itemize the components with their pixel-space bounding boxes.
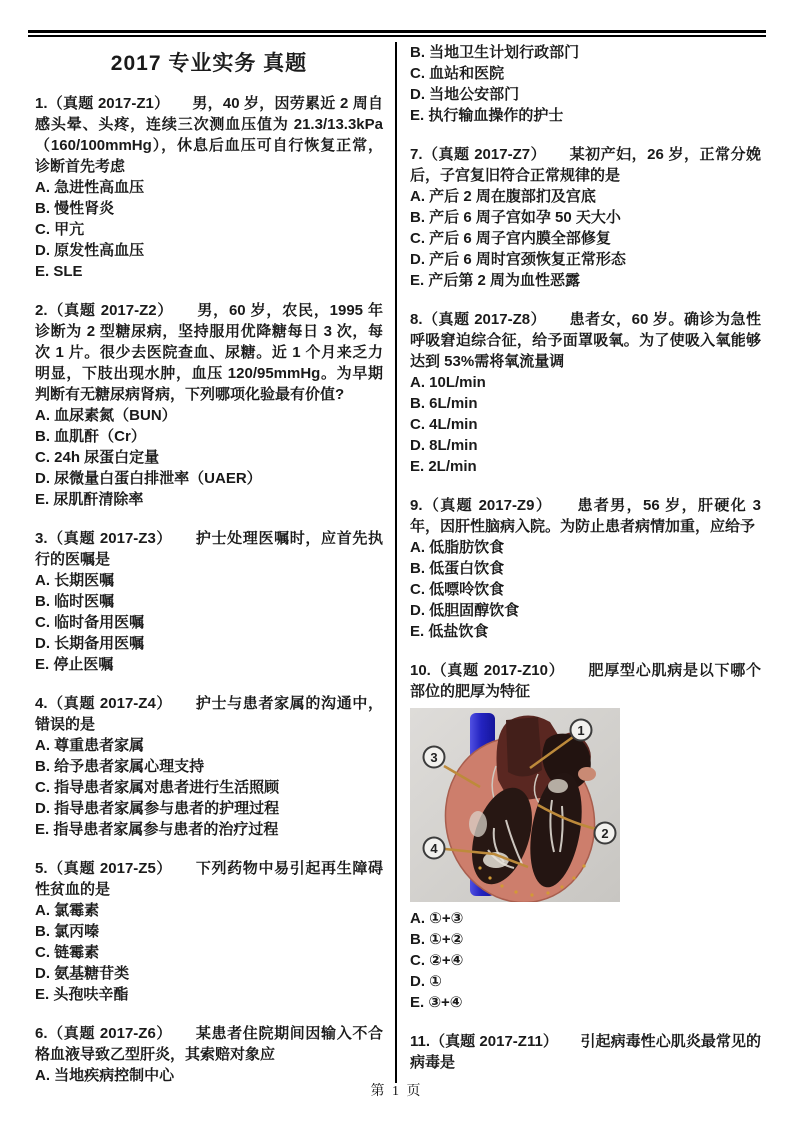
question-stem: 5.（真题 2017-Z5） 下列药物中易引起再生障碍性贫血的是 — [35, 858, 383, 900]
heart-figure: 1 2 3 4 — [410, 708, 620, 902]
question-6: 6.（真题 2017-Z6） 某患者住院期间因输入不合格血液导致乙型肝炎，其索赔… — [35, 1023, 383, 1086]
option-item: B. 给予患者家属心理支持 — [35, 756, 383, 777]
option-item: B. ①+② — [410, 929, 761, 950]
question-stem: 9.（真题 2017-Z9） 患者男，56 岁，肝硬化 3 年，因肝性脑病入院。… — [410, 495, 761, 537]
question-2: 2.（真题 2017-Z2） 男，60 岁，农民，1995 年诊断为 2 型糖尿… — [35, 300, 383, 510]
option-item: B. 低蛋白饮食 — [410, 558, 761, 579]
page-number: 第 1 页 — [0, 1080, 793, 1100]
question-10: 10.（真题 2017-Z10） 肥厚型心肌病是以下哪个部位的肥厚为特征 — [410, 660, 761, 1013]
option-item: E. 低盐饮食 — [410, 621, 761, 642]
question-4: 4.（真题 2017-Z4） 护士与患者家属的沟通中，错误的是A. 尊重患者家属… — [35, 693, 383, 840]
option-item: A. 低脂肪饮食 — [410, 537, 761, 558]
option-item: B. 当地卫生计划行政部门 — [410, 42, 761, 63]
pulmonary-trunk — [506, 717, 542, 777]
option-item: E. 产后第 2 周为血性恶露 — [410, 270, 761, 291]
option-item: D. 当地公安部门 — [410, 84, 761, 105]
option-item: A. 血尿素氮（BUN） — [35, 405, 383, 426]
label-2: 2 — [601, 826, 608, 841]
option-item: D. 8L/min — [410, 435, 761, 456]
option-item: E. SLE — [35, 261, 383, 282]
option-item: D. 尿微量白蛋白排泄率（UAER） — [35, 468, 383, 489]
option-item: E. 停止医嘱 — [35, 654, 383, 675]
question-stem: 6.（真题 2017-Z6） 某患者住院期间因输入不合格血液导致乙型肝炎，其索赔… — [35, 1023, 383, 1065]
question-stem: 8.（真题 2017-Z8） 患者女，60 岁。确诊为急性呼吸窘迫综合征，给予面… — [410, 309, 761, 372]
right-column-questions: B. 当地卫生计划行政部门C. 血站和医院D. 当地公安部门E. 执行输血操作的… — [410, 42, 761, 1073]
option-item: E. 头孢呋辛酯 — [35, 984, 383, 1005]
option-item: C. 临时备用医嘱 — [35, 612, 383, 633]
option-item: A. 氯霉素 — [35, 900, 383, 921]
option-item: E. 尿肌酐清除率 — [35, 489, 383, 510]
aorta-stub — [578, 767, 596, 781]
option-item: A. 急进性高血压 — [35, 177, 383, 198]
option-item: C. 甲亢 — [35, 219, 383, 240]
left-column-questions: 1.（真题 2017-Z1） 男，40 岁，因劳累近 2 周自感头晕、头疼，连续… — [35, 93, 383, 1086]
option-item: C. 产后 6 周子宫内膜全部修复 — [410, 228, 761, 249]
question-3: 3.（真题 2017-Z3） 护士处理医嘱时，应首先执行的医嘱是A. 长期医嘱B… — [35, 528, 383, 675]
option-item: B. 氯丙嗪 — [35, 921, 383, 942]
option-item: E. ③+④ — [410, 992, 761, 1013]
option-item: C. 血站和医院 — [410, 63, 761, 84]
top-double-rule — [28, 30, 766, 37]
question-6-options-continued: B. 当地卫生计划行政部门C. 血站和医院D. 当地公安部门E. 执行输血操作的… — [410, 42, 761, 126]
option-item: B. 临时医嘱 — [35, 591, 383, 612]
label-3: 3 — [430, 750, 437, 765]
option-item: A. 10L/min — [410, 372, 761, 393]
question-5: 5.（真题 2017-Z5） 下列药物中易引起再生障碍性贫血的是A. 氯霉素B.… — [35, 858, 383, 1005]
option-item: C. 链霉素 — [35, 942, 383, 963]
option-item: C. 指导患者家属对患者进行生活照顾 — [35, 777, 383, 798]
question-7: 7.（真题 2017-Z7） 某初产妇，26 岁，正常分娩后，子宫复旧符合正常规… — [410, 144, 761, 291]
atrium-white-mesh — [469, 811, 487, 837]
option-item: C. ②+④ — [410, 950, 761, 971]
option-item: B. 血肌酐（Cr） — [35, 426, 383, 447]
page-title: 2017 专业实务 真题 — [35, 50, 383, 78]
question-1: 1.（真题 2017-Z1） 男，40 岁，因劳累近 2 周自感头晕、头疼，连续… — [35, 93, 383, 282]
question-stem: 7.（真题 2017-Z7） 某初产妇，26 岁，正常分娩后，子宫复旧符合正常规… — [410, 144, 761, 186]
option-item: C. 24h 尿蛋白定量 — [35, 447, 383, 468]
option-item: C. 低嘌呤饮食 — [410, 579, 761, 600]
question-stem: 3.（真题 2017-Z3） 护士处理医嘱时，应首先执行的医嘱是 — [35, 528, 383, 570]
question-stem: 2.（真题 2017-Z2） 男，60 岁，农民，1995 年诊断为 2 型糖尿… — [35, 300, 383, 405]
option-item: E. 2L/min — [410, 456, 761, 477]
question-stem: 10.（真题 2017-Z10） 肥厚型心肌病是以下哪个部位的肥厚为特征 — [410, 660, 761, 702]
option-item: E. 执行输血操作的护士 — [410, 105, 761, 126]
option-item: B. 产后 6 周子宫如孕 50 天大小 — [410, 207, 761, 228]
question-stem: 1.（真题 2017-Z1） 男，40 岁，因劳累近 2 周自感头晕、头疼，连续… — [35, 93, 383, 177]
option-item: B. 6L/min — [410, 393, 761, 414]
right-column: B. 当地卫生计划行政部门C. 血站和医院D. 当地公安部门E. 执行输血操作的… — [410, 42, 761, 1091]
question-9: 9.（真题 2017-Z9） 患者男，56 岁，肝硬化 3 年，因肝性脑病入院。… — [410, 495, 761, 642]
option-item: A. 尊重患者家属 — [35, 735, 383, 756]
question-stem: 4.（真题 2017-Z4） 护士与患者家属的沟通中，错误的是 — [35, 693, 383, 735]
exam-page: 2017 专业实务 真题 1.（真题 2017-Z1） 男，40 岁，因劳累近 … — [0, 0, 793, 1122]
heart-cross-section-image: 1 2 3 4 — [410, 708, 620, 902]
option-item: D. 氨基糖苷类 — [35, 963, 383, 984]
option-item: E. 指导患者家属参与患者的治疗过程 — [35, 819, 383, 840]
option-item: A. ①+③ — [410, 908, 761, 929]
question-8: 8.（真题 2017-Z8） 患者女，60 岁。确诊为急性呼吸窘迫综合征，给予面… — [410, 309, 761, 477]
option-item: D. 指导患者家属参与患者的护理过程 — [35, 798, 383, 819]
option-item: D. 低胆固醇饮食 — [410, 600, 761, 621]
valve-white — [548, 779, 568, 793]
option-item: C. 4L/min — [410, 414, 761, 435]
label-1: 1 — [577, 723, 584, 738]
option-item: B. 慢性肾炎 — [35, 198, 383, 219]
label-4: 4 — [430, 841, 438, 856]
option-item: D. 长期备用医嘱 — [35, 633, 383, 654]
option-item: D. 原发性高血压 — [35, 240, 383, 261]
option-item: A. 长期医嘱 — [35, 570, 383, 591]
column-divider — [395, 42, 397, 1083]
option-item: D. 产后 6 周时宫颈恢复正常形态 — [410, 249, 761, 270]
question-11: 11.（真题 2017-Z11） 引起病毒性心肌炎最常见的病毒是 — [410, 1031, 761, 1073]
question-stem: 11.（真题 2017-Z11） 引起病毒性心肌炎最常见的病毒是 — [410, 1031, 761, 1073]
left-column: 2017 专业实务 真题 1.（真题 2017-Z1） 男，40 岁，因劳累近 … — [35, 42, 383, 1104]
option-item: A. 产后 2 周在腹部扪及宫底 — [410, 186, 761, 207]
option-item: D. ① — [410, 971, 761, 992]
